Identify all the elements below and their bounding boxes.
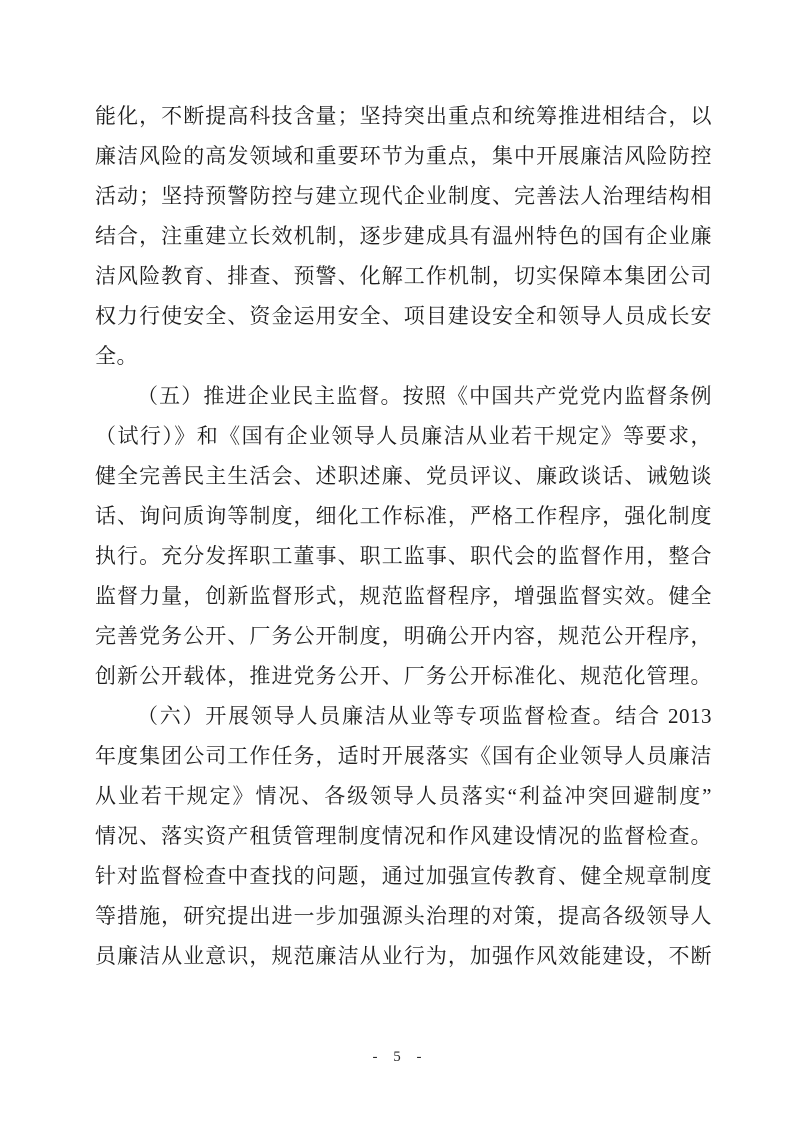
text-block: 能化，不断提高科技含量；坚持突出重点和统筹推进相结合，以 廉洁风险的高发领域和重… xyxy=(95,96,712,976)
text-line: 监督力量，创新监督形式，规范监督程序，增强监督实效。健全 xyxy=(95,576,712,616)
text-line: 员廉洁从业意识，规范廉洁从业行为，加强作风效能建设，不断 xyxy=(95,936,712,976)
page-number: - 5 - xyxy=(0,1046,800,1068)
text-line: 能化，不断提高科技含量；坚持突出重点和统筹推进相结合，以 xyxy=(95,96,712,136)
text-line: 执行。充分发挥职工董事、职工监事、职代会的监督作用，整合 xyxy=(95,536,712,576)
text-line: 全。 xyxy=(95,336,712,376)
text-line: 结合，注重建立长效机制，逐步建成具有温州特色的国有企业廉 xyxy=(95,216,712,256)
text-line: 权力行使安全、资金运用安全、项目建设安全和领导人员成长安 xyxy=(95,296,712,336)
text-line: 年度集团公司工作任务，适时开展落实《国有企业领导人员廉洁 xyxy=(95,736,712,776)
paragraph: （六）开展领导人员廉洁从业等专项监督检查。结合 2013 年度集团公司工作任务，… xyxy=(95,696,712,976)
text-line: 创新公开载体，推进党务公开、厂务公开标准化、规范化管理。 xyxy=(95,656,712,696)
text-line: 话、询问质询等制度，细化工作标准，严格工作程序，强化制度 xyxy=(95,496,712,536)
paragraph: 能化，不断提高科技含量；坚持突出重点和统筹推进相结合，以 廉洁风险的高发领域和重… xyxy=(95,96,712,376)
text-line: 从业若干规定》情况、各级领导人员落实“利益冲突回避制度” xyxy=(95,776,712,816)
text-line: 情况、落实资产租赁管理制度情况和作风建设情况的监督检查。 xyxy=(95,816,712,856)
text-line: （试行）》和《国有企业领导人员廉洁从业若干规定》等要求， xyxy=(95,416,712,456)
text-line: 完善党务公开、厂务公开制度，明确公开内容，规范公开程序， xyxy=(95,616,712,656)
paragraph: （五）推进企业民主监督。按照《中国共产党党内监督条例 （试行）》和《国有企业领导… xyxy=(95,376,712,696)
text-line: （五）推进企业民主监督。按照《中国共产党党内监督条例 xyxy=(95,376,712,416)
text-line: 活动；坚持预警防控与建立现代企业制度、完善法人治理结构相 xyxy=(95,176,712,216)
text-line: 健全完善民主生活会、述职述廉、党员评议、廉政谈话、诫勉谈 xyxy=(95,456,712,496)
text-line: 廉洁风险的高发领域和重要环节为重点，集中开展廉洁风险防控 xyxy=(95,136,712,176)
text-line: （六）开展领导人员廉洁从业等专项监督检查。结合 2013 xyxy=(95,696,712,736)
text-line: 针对监督检查中查找的问题，通过加强宣传教育、健全规章制度 xyxy=(95,856,712,896)
text-line: 洁风险教育、排查、预警、化解工作机制，切实保障本集团公司 xyxy=(95,256,712,296)
document-page: 能化，不断提高科技含量；坚持突出重点和统筹推进相结合，以 廉洁风险的高发领域和重… xyxy=(0,0,800,1131)
text-line: 等措施，研究提出进一步加强源头治理的对策，提高各级领导人 xyxy=(95,896,712,936)
